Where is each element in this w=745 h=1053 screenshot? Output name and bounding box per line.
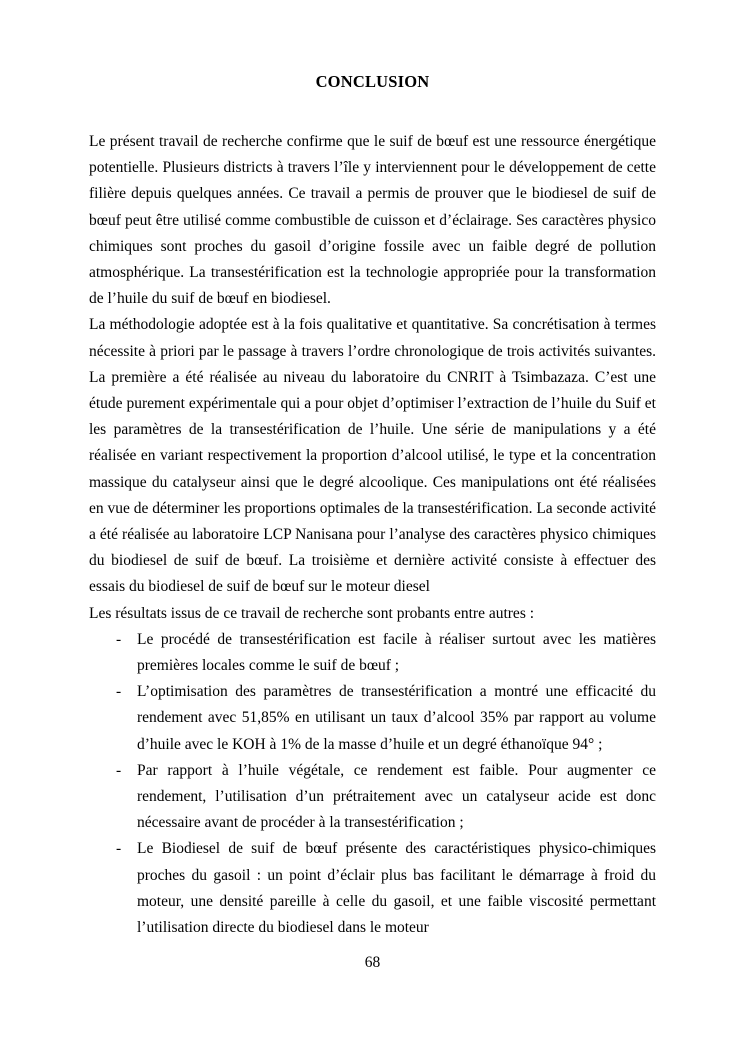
list-item-text: Le procédé de transestérification est fa… [137, 631, 656, 674]
list-item: - L’optimisation des paramètres de trans… [89, 679, 656, 758]
list-item: - Le procédé de transestérification est … [89, 627, 656, 679]
list-item-text: Par rapport à l’huile végétale, ce rende… [137, 762, 656, 831]
list-item-text: L’optimisation des paramètres de transes… [137, 683, 656, 752]
document-page: CONCLUSION Le présent travail de recherc… [0, 0, 745, 1053]
document-content: CONCLUSION Le présent travail de recherc… [89, 71, 656, 941]
paragraph-results-intro: Les résultats issus de ce travail de rec… [89, 601, 656, 627]
dash-bullet-icon: - [116, 836, 121, 862]
dash-bullet-icon: - [116, 679, 121, 705]
paragraph-introduction: Le présent travail de recherche confirme… [89, 129, 656, 312]
list-item: - Par rapport à l’huile végétale, ce ren… [89, 758, 656, 837]
list-item: - Le Biodiesel de suif de bœuf présente … [89, 836, 656, 941]
paragraph-methodology: La méthodologie adoptée est à la fois qu… [89, 312, 656, 600]
page-number: 68 [0, 953, 745, 973]
dash-bullet-icon: - [116, 627, 121, 653]
page-title: CONCLUSION [89, 71, 656, 93]
dash-bullet-icon: - [116, 758, 121, 784]
results-bullet-list: - Le procédé de transestérification est … [89, 627, 656, 941]
list-item-text: Le Biodiesel de suif de bœuf présente de… [137, 840, 656, 936]
